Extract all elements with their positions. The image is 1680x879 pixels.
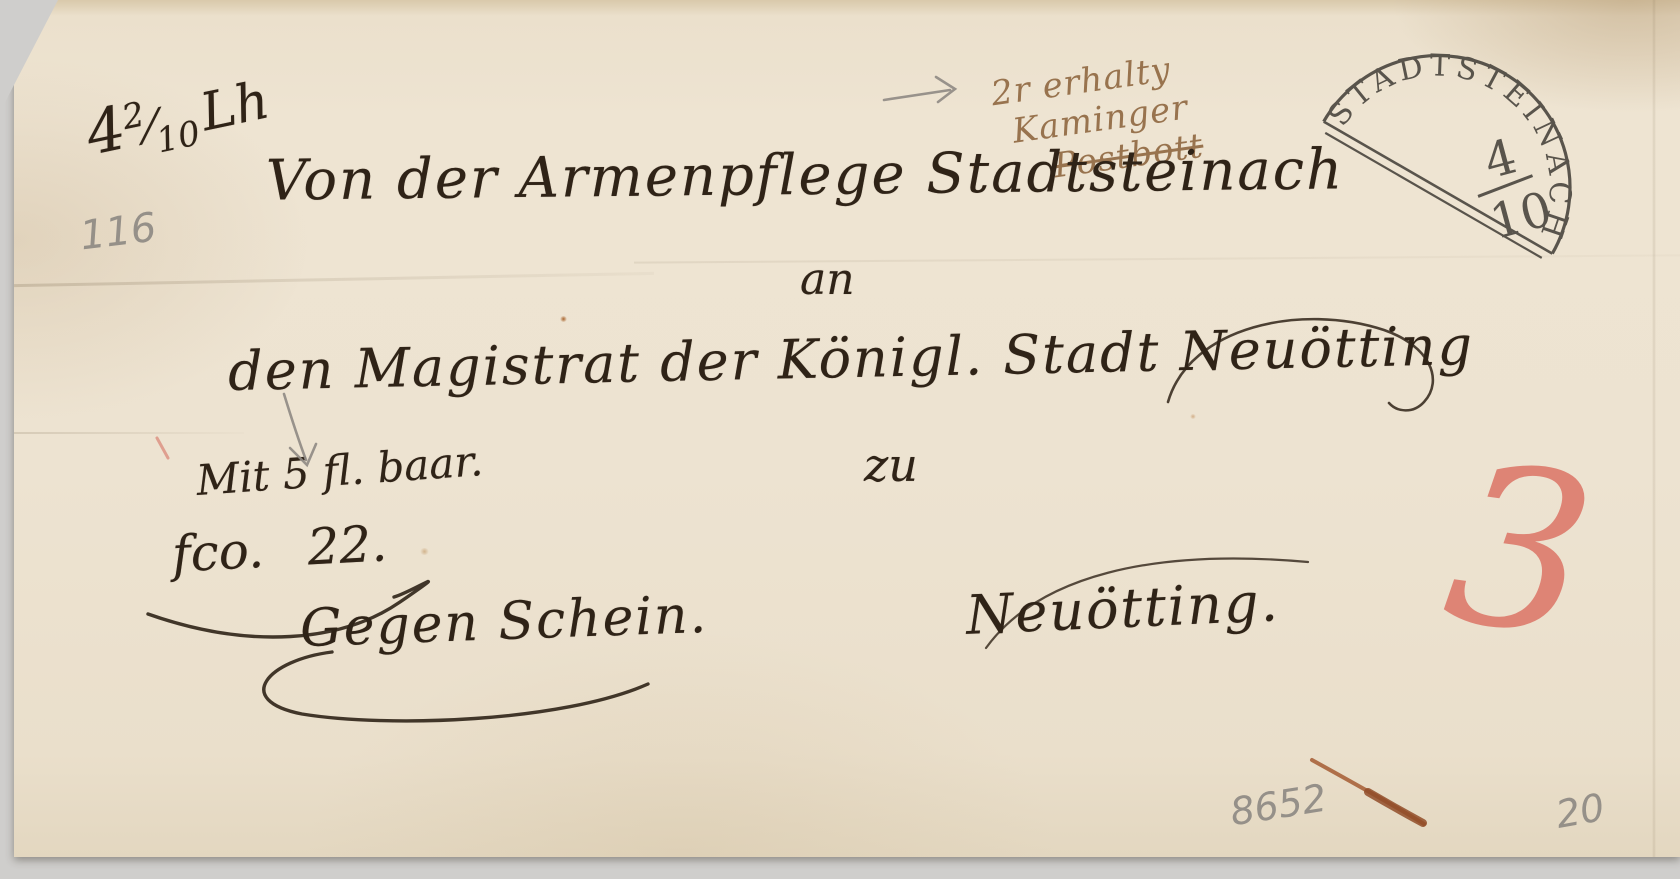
- foxing-spot: [1190, 414, 1196, 419]
- cash-note: Mit 5 fl. baar.: [195, 440, 484, 502]
- pencil-note-116: 116: [78, 207, 159, 256]
- franco-note: fco. 22.: [171, 518, 388, 579]
- fold-crease: [1652, 0, 1656, 857]
- pencil-note-20: 20: [1553, 788, 1607, 834]
- pencil-note-8652: 8652: [1228, 779, 1329, 832]
- address-zu: zu: [864, 442, 918, 488]
- address-an: an: [800, 258, 855, 302]
- foxing-spot: [560, 316, 567, 322]
- postmark-svg: STADTSTEINACH 4 10: [1282, 22, 1612, 332]
- red-crayon-tax-mark: 3: [1437, 443, 1603, 659]
- fold-crease: [14, 432, 244, 434]
- postmark-town-text: STADTSTEINACH: [1319, 22, 1612, 255]
- postmark-stadtsteinach: STADTSTEINACH 4 10: [1282, 22, 1612, 332]
- rate-denominator: 10: [153, 113, 204, 161]
- destination-name: Neuötting.: [965, 575, 1281, 643]
- postmark-town-label: STADTSTEINACH: [1319, 22, 1612, 255]
- fold-crease: [14, 272, 654, 287]
- letter-scan: { "scan": { "background_color": "#cfcecc…: [0, 0, 1680, 879]
- rate-notation: 42⁄10Lh: [81, 68, 276, 173]
- rate-unit: Lh: [195, 70, 274, 143]
- sender-line: Von der Armenpflege Stadtsteinach: [266, 142, 1345, 209]
- receipt-note: Gegen Schein.: [299, 589, 709, 655]
- foxing-spot: [420, 548, 429, 555]
